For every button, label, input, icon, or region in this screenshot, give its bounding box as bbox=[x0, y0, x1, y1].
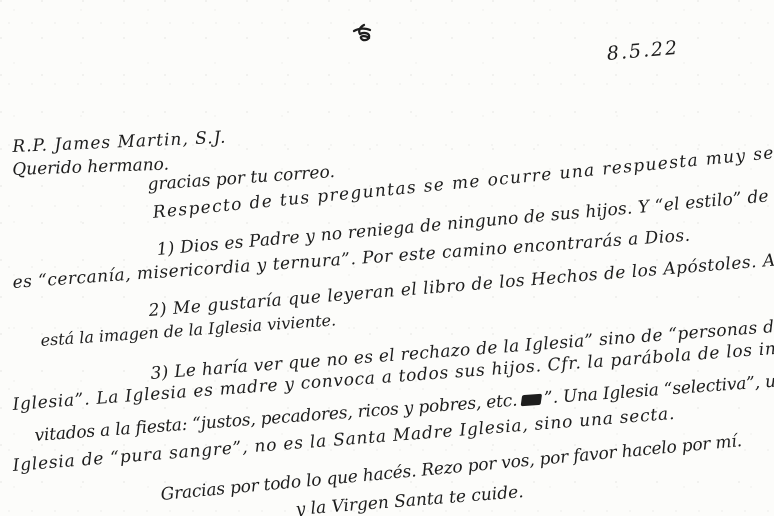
cross-monogram-icon bbox=[348, 22, 382, 52]
cross-monogram-icon bbox=[348, 22, 382, 56]
scribbled-out-word bbox=[520, 394, 541, 407]
letter-date: 8.5.22 bbox=[606, 38, 680, 65]
salutation-line: Querido hermano. bbox=[12, 156, 169, 180]
body-line-text: ”. Una Iglesia “selectiva”, una bbox=[543, 370, 774, 408]
letter-scan-page: 8.5.22 R.P. James Martin, S.J. Querido h… bbox=[0, 0, 774, 516]
recipient-line: R.P. James Martin, S.J. bbox=[12, 129, 227, 157]
